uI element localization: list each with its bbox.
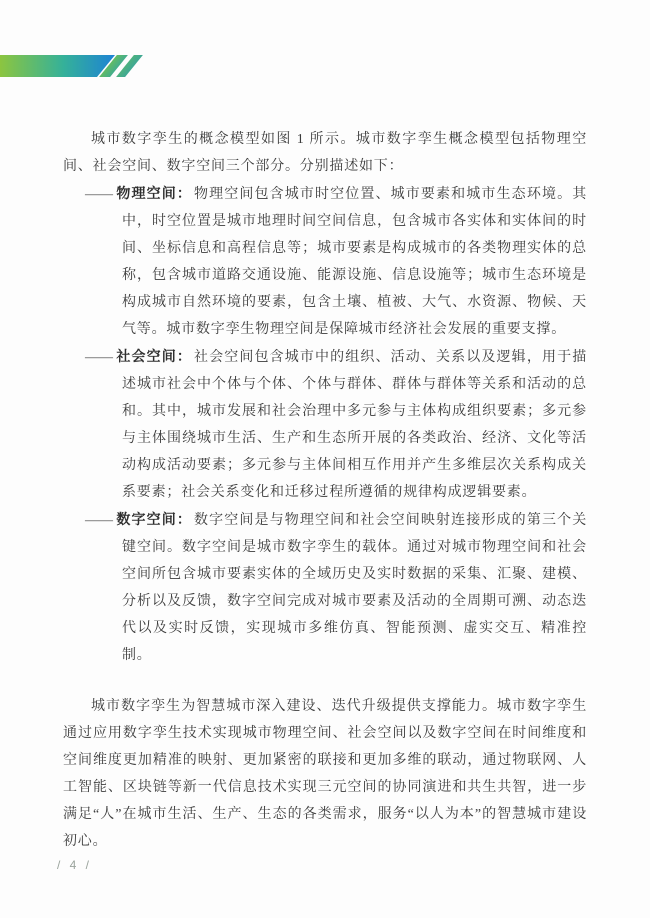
body-text-block: 城市数字孪生的概念模型如图 1 所示。城市数字孪生概念模型包括物理空间、社会空间… (63, 126, 587, 855)
bullet-dash: —— (85, 513, 113, 528)
header-accent-decoration (0, 55, 170, 77)
gradient-bar-icon (0, 55, 115, 77)
bullet-text: 数字空间是与物理空间和社会空间映射连接形成的第三个关键空间。数字空间是城市数字孪… (122, 513, 587, 663)
bullet-item-digital-space: ——数字空间：数字空间是与物理空间和社会空间映射连接形成的第三个关键空间。数字空… (63, 506, 587, 669)
bullet-dash: —— (85, 187, 113, 202)
document-page: 城市数字孪生的概念模型如图 1 所示。城市数字孪生概念模型包括物理空间、社会空间… (0, 0, 650, 918)
intro-paragraph: 城市数字孪生的概念模型如图 1 所示。城市数字孪生概念模型包括物理空间、社会空间… (63, 126, 587, 180)
bullet-dash: —— (85, 350, 113, 365)
bullet-text: 物理空间包含城市时空位置、城市要素和城市生态环境。其中，时空位置是城市地理时间空… (122, 187, 587, 337)
bullet-label: 社会空间： (116, 348, 192, 364)
bullet-label: 数字空间： (116, 511, 192, 527)
bullet-item-social-space: ——社会空间：社会空间包含城市中的组织、活动、关系以及逻辑，用于描述城市社会中个… (63, 343, 587, 506)
bullet-label: 物理空间： (116, 185, 192, 201)
bullet-item-physical-space: ——物理空间：物理空间包含城市时空位置、城市要素和城市生态环境。其中，时空位置是… (63, 180, 587, 343)
bullet-text: 社会空间包含城市中的组织、活动、关系以及逻辑，用于描述城市社会中个体与个体、个体… (122, 350, 587, 500)
page-number: / 4 / (57, 858, 92, 872)
closing-paragraph: 城市数字孪生为智慧城市深入建设、迭代升级提供支撑能力。城市数字孪生通过应用数字孪… (63, 693, 587, 855)
